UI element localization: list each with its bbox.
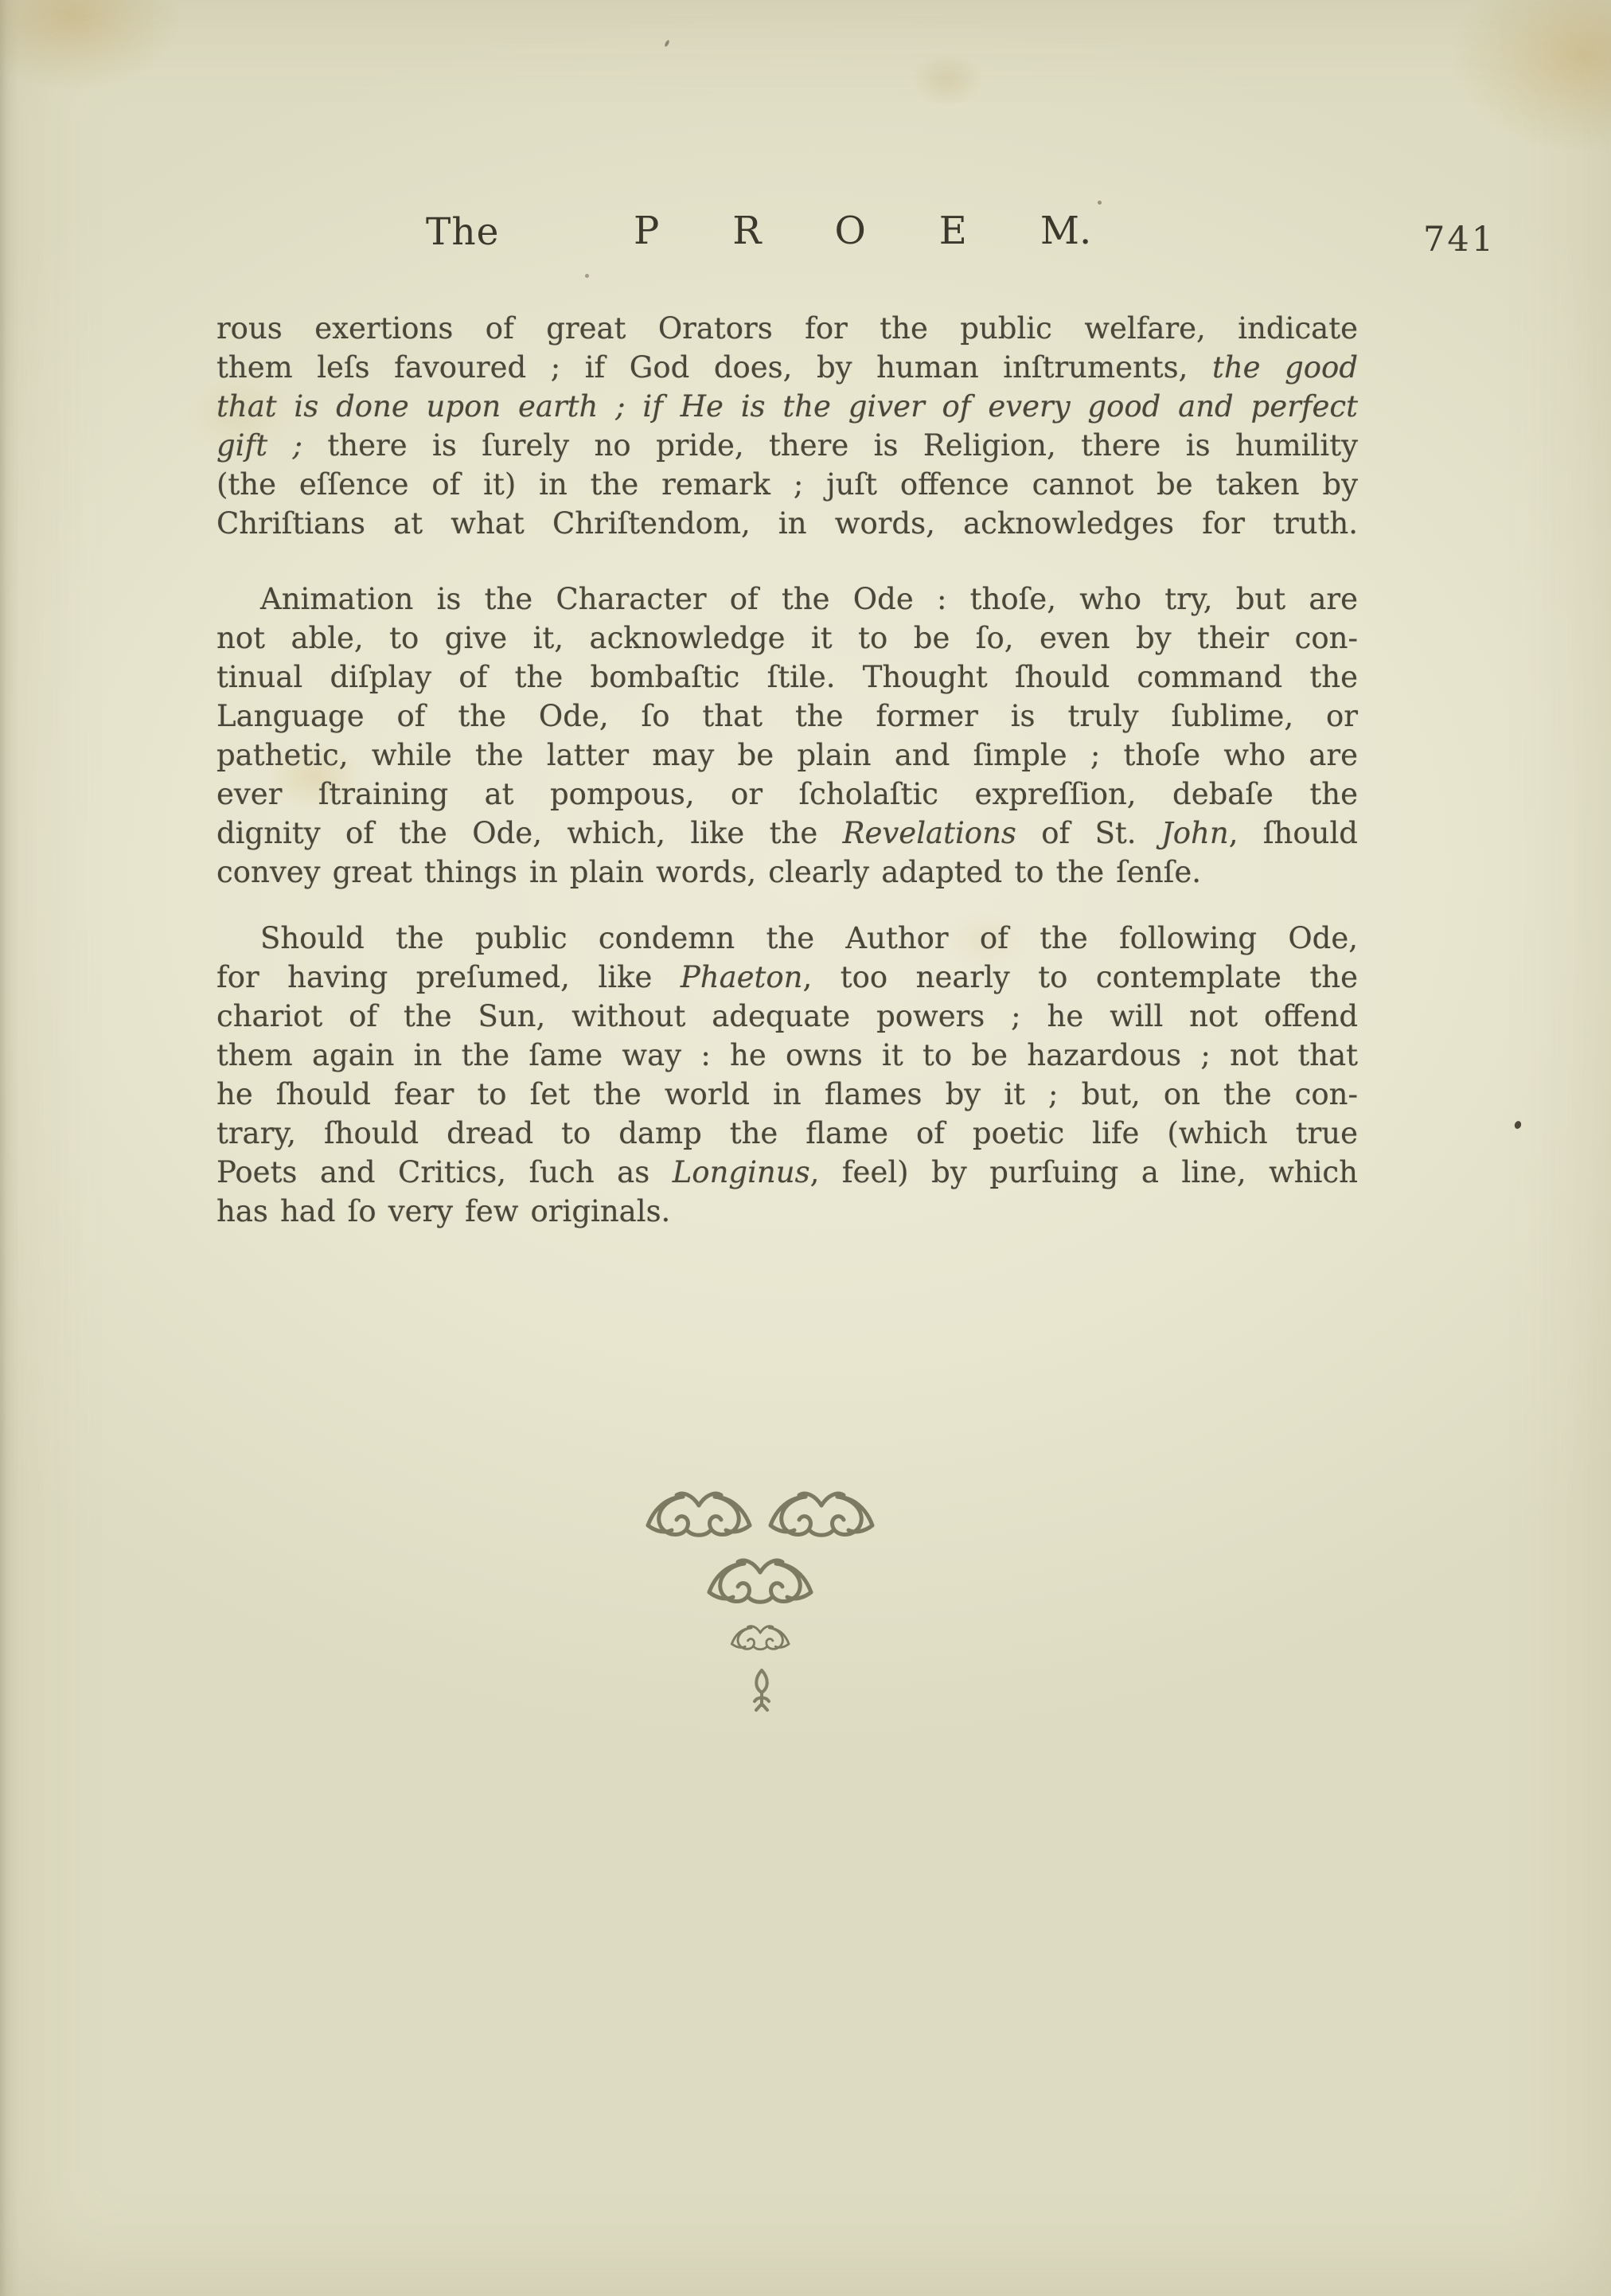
text-segment: Poets and Critics, ſuch as <box>216 1155 673 1189</box>
text-line: convey great things in plain words, clea… <box>216 853 1358 892</box>
paragraph: rous exertions of great Orators for the … <box>216 309 1358 543</box>
italic-text-segment: John <box>1161 816 1229 850</box>
text-line: Animation is the Character of the Ode : … <box>216 580 1358 619</box>
page-title: P R O E M. <box>634 212 1091 250</box>
text-line: tinual diſplay of the bombaſtic ſtile. T… <box>216 658 1358 697</box>
title-letter: M. <box>1040 212 1091 250</box>
fleuron-ornament-icon <box>637 1481 899 1720</box>
text-line: not able, to give it, acknowledge it to … <box>216 619 1358 658</box>
text-line: them leſs favoured ; if God does, by hum… <box>216 348 1358 387</box>
paragraph: Should the public condemn the Author of … <box>216 919 1358 1231</box>
title-letter: O <box>834 212 865 250</box>
text-segment: Should the public condemn the Author of … <box>260 921 1358 955</box>
text-segment: tinual diſplay of the bombaſtic ſtile. T… <box>216 660 1358 694</box>
text-line: pathetic, while the latter may be plain … <box>216 736 1358 775</box>
text-segment: has had ſo very few originals. <box>216 1194 670 1228</box>
text-segment: not able, to give it, acknowledge it to … <box>216 621 1358 655</box>
running-header: The P R O E M. 741 <box>0 0 1611 287</box>
text-segment: Chriſtians at what Chriſtendom, in words… <box>216 506 1358 541</box>
italic-text-segment: Revelations <box>843 816 1016 850</box>
text-segment: pathetic, while the latter may be plain … <box>216 738 1358 772</box>
text-line: dignity of the Ode, which, like the Reve… <box>216 814 1358 853</box>
text-line: ever ſtraining at pompous, or ſcholaſtic… <box>216 775 1358 814</box>
text-line: Should the public condemn the Author of … <box>216 919 1358 958</box>
text-segment: rous exertions of great Orators for the … <box>216 311 1358 346</box>
text-segment: of St. <box>1016 816 1161 850</box>
italic-text-segment: Longinus <box>673 1155 810 1189</box>
ink-speck <box>1514 1120 1523 1130</box>
text-segment: he ſhould fear to ſet the world in flame… <box>216 1077 1358 1111</box>
text-segment: , feel) by purſuing a line, which <box>810 1155 1358 1189</box>
text-line: them again in the ſame way : he owns it … <box>216 1036 1358 1075</box>
text-line: rous exertions of great Orators for the … <box>216 309 1358 348</box>
text-segment: them leſs favoured ; if God does, by hum… <box>216 350 1212 385</box>
page-number: 741 <box>1423 223 1496 257</box>
text-segment: convey great things in plain words, clea… <box>216 855 1201 889</box>
italic-text-segment: that is done upon earth ; if He is the g… <box>216 389 1358 424</box>
text-line: for having preſumed, like Phaeton, too n… <box>216 958 1358 997</box>
italic-text-segment: the good <box>1212 350 1358 385</box>
text-block: rous exertions of great Orators for the … <box>216 309 1358 1231</box>
title-letter: E <box>939 212 967 250</box>
header-word-the: The <box>426 213 499 251</box>
italic-text-segment: gift ; <box>216 428 327 463</box>
text-line: Language of the Ode, ſo that the former … <box>216 697 1358 736</box>
italic-text-segment: Phaeton <box>681 960 803 994</box>
text-line: (the eſſence of it) in the remark ; juſt… <box>216 465 1358 504</box>
text-segment: Animation is the Character of the Ode : … <box>260 582 1358 616</box>
text-segment: , too nearly to contemplate the <box>803 960 1358 994</box>
text-line: chariot of the Sun, without adequate pow… <box>216 997 1358 1036</box>
text-segment: chariot of the Sun, without adequate pow… <box>216 999 1358 1033</box>
text-line: gift ; there is ſurely no pride, there i… <box>216 426 1358 465</box>
text-segment: Language of the Ode, ſo that the former … <box>216 699 1358 733</box>
text-line: has had ſo very few originals. <box>216 1192 1358 1231</box>
text-segment: , ſhould <box>1229 816 1358 850</box>
text-segment: (the eſſence of it) in the remark ; juſt… <box>216 467 1358 502</box>
text-segment: ever ſtraining at pompous, or ſcholaſtic… <box>216 777 1358 811</box>
title-letter: R <box>732 212 761 250</box>
text-line: he ſhould fear to ſet the world in flame… <box>216 1075 1358 1114</box>
paragraph: Animation is the Character of the Ode : … <box>216 580 1358 892</box>
text-segment: for having preſumed, like <box>216 960 681 994</box>
text-segment: dignity of the Ode, which, like the <box>216 816 843 850</box>
text-line: that is done upon earth ; if He is the g… <box>216 387 1358 426</box>
ink-speck <box>585 274 589 278</box>
text-line: Poets and Critics, ſuch as Longinus, fee… <box>216 1153 1358 1192</box>
text-line: Chriſtians at what Chriſtendom, in words… <box>216 504 1358 543</box>
text-segment: trary, ſhould dread to damp the flame of… <box>216 1116 1358 1150</box>
text-segment: there is ſurely no pride, there is Relig… <box>327 428 1358 463</box>
text-segment: them again in the ſame way : he owns it … <box>216 1038 1358 1072</box>
text-line: trary, ſhould dread to damp the flame of… <box>216 1114 1358 1153</box>
book-page: The P R O E M. 741 rous exertions of gre… <box>0 0 1611 2296</box>
title-letter: P <box>634 212 659 250</box>
ink-speck <box>1098 201 1102 205</box>
